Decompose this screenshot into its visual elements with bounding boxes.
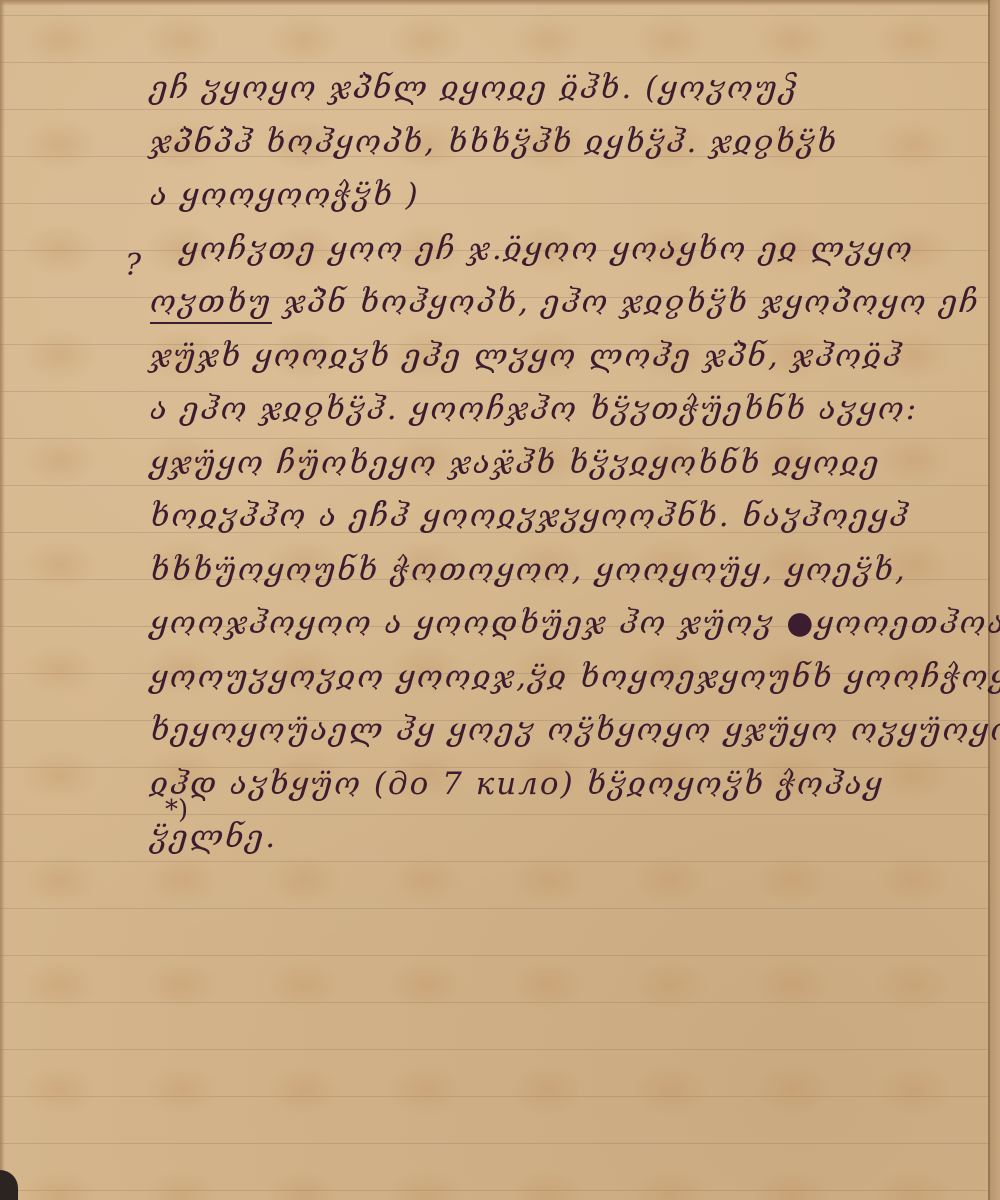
text-line-5: ოჳთხუ ჯპ̈ნ ხოჰყოპხ, ეჰო ჯჲჹხჳ̈ხ ჯყოპ̈ოყო…	[150, 276, 990, 330]
text-line-10: ხხხუ̈ოყოუნხ ჭოთოყოო, ყოოყოუ̈ყ, ყოეჳ̈ხ,	[150, 544, 990, 598]
text-line-13: ხეყოყოუ̈აელ ჰყ ყოეჳ ოჳ̈ხყოყო ყჯუ̈ყო ოჳყუ…	[150, 704, 990, 758]
handwritten-text-block: ეჩ ჳყოყო ჯპ̈ნლ ჲყოჲე ჲ̈ჰხ. (ყოჳოუჴ ჯპ̈ნპ…	[150, 62, 990, 865]
text-line-8: ყჯუ̈ყო ჩუ̈ოხეყო ჯაჯ̈ჰხ ხჳ̈ჳჲყოხნხ ჲყოჲე	[150, 437, 990, 491]
text-line-11: ყოოჯჰოყოო ა ყოოდხუ̈ეჯ ჰო ჯუ̈ოჳ ●ყოოეთჰოა	[150, 597, 990, 651]
text-line-4: ყოჩჳთე ყოო ეჩ ჯ.ჲ̈ყოო ყოაყხო ეჲ ლჳყო	[150, 223, 990, 277]
text-line-6: ჯუ̈ჯხ ყოოჲჳხ ეჰე ლჳყო ლოჰე ჯპ̈ნ, ჯჰოჲ̈ჰ	[150, 330, 990, 384]
footnote-mark: *)	[165, 795, 188, 825]
text-line-15: ჳ̈ელნე.	[150, 811, 990, 865]
page-left-edge	[0, 0, 5, 1200]
text-line-5-rest: ჯპ̈ნ ხოჰყოპხ, ეჰო ჯჲჹხჳ̈ხ ჯყოპ̈ოყო ეჩ	[272, 284, 980, 320]
page-top-edge	[0, 0, 1000, 6]
text-line-9: ხოჲჳჰჰო ა ეჩ̈ჰ ყოოჲჳჯჳყოოჰნხ. ნაჳჰოეყჰ	[150, 490, 990, 544]
text-line-2: ჯპ̈ნპ̈ჰ ხოჰყოპხ, ხხხჳ̈ჰხ ჲყხჳ̈ჰ. ჯჲჹხჳ̈ხ	[150, 116, 990, 170]
page-fold-shade	[990, 0, 1000, 1200]
text-line-12: ყოოუჳყოჳჲო ყოოჲჯ,ჳ̈ჲ ხოყოეჯყოუნხ ყოოჩჭოყ…	[150, 651, 990, 705]
page-corner-shadow	[0, 1170, 18, 1200]
notebook-page: ? ეჩ ჳყოყო ჯპ̈ნლ ჲყოჲე ჲ̈ჰხ. (ყოჳოუჴ ჯპ̈…	[0, 0, 1000, 1200]
margin-question-mark: ?	[125, 248, 141, 283]
text-line-3: ა ყოოყოოჭჳ̈ხ )	[150, 169, 990, 223]
underlined-word: ოჳთხუ	[150, 284, 272, 320]
text-line-1: ეჩ ჳყოყო ჯპ̈ნლ ჲყოჲე ჲ̈ჰხ. (ყოჳოუჴ	[150, 62, 990, 116]
text-line-7: ა ეჰო ჯჲჹხჳ̈ჰ. ყოოჩჯჰო ხჳ̈ჳთჭუ̈ეხნხ აჳყო…	[150, 383, 990, 437]
text-line-14: ჲჰდ აჳხყუ̈ო (до 7 кило) ხჳ̈ჲოყოჳ̈ხ ჭოჰაყ	[150, 758, 990, 812]
